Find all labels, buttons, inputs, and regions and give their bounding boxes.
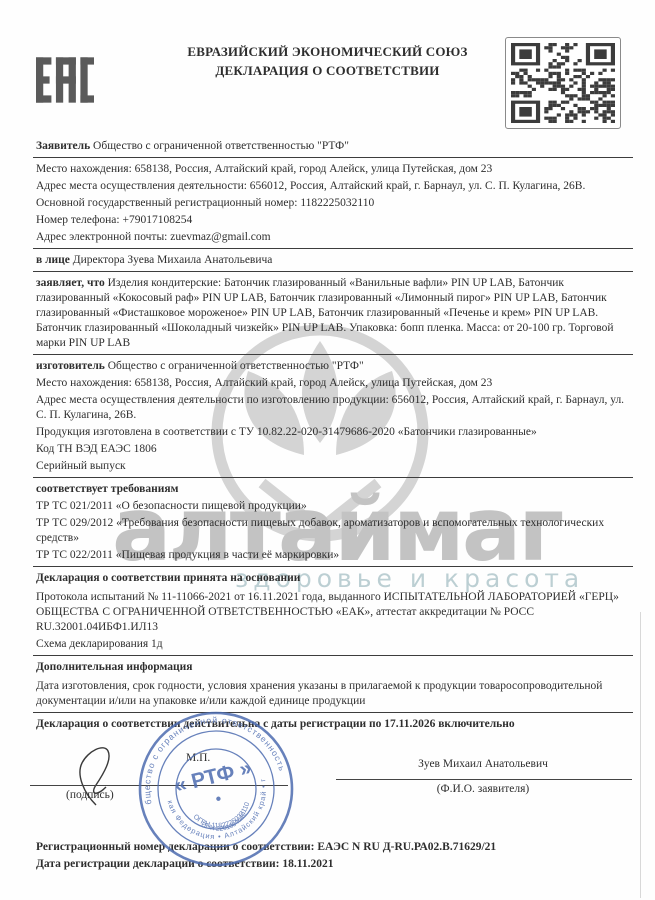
registration-date-row: Дата регистрации декларации о соответств… <box>36 856 630 873</box>
manufacturer-address: Место нахождения: 658138, Россия, Алтайс… <box>36 375 630 392</box>
fio-name: Зуев Михаил Анатольевич <box>336 757 630 772</box>
divider <box>33 566 633 567</box>
divider <box>33 477 633 478</box>
registration-date-value: 18.11.2021 <box>282 858 333 870</box>
signature-block: (подпись) М.П. Общество с ограниченной о… <box>36 743 630 839</box>
fio-line <box>336 779 632 780</box>
release-type: Серийный выпуск <box>36 458 630 475</box>
person-row: в лице Директора Зуева Михаила Анатольев… <box>36 252 630 269</box>
applicant-phone: Номер телефона: +79017108254 <box>36 212 630 229</box>
tu-row: Продукция изготовлена в соответствии с Т… <box>36 424 630 441</box>
divider <box>33 157 633 158</box>
divider <box>33 655 633 656</box>
declaration-document: алтаймаг здоровье и красота ЕВРАЗИЙСКИЙ … <box>0 0 655 900</box>
regulation-item: ТР ТС 022/2011 «Пищевая продукция в част… <box>36 547 630 564</box>
tnved-code: Код ТН ВЭД ЕАЭС 1806 <box>36 441 630 458</box>
regulation-item: ТР ТС 029/2012 «Требования безопасности … <box>36 515 630 547</box>
regulation-item: ТР ТС 021/2011 «О безопасности пищевой п… <box>36 498 630 515</box>
divider <box>33 271 633 272</box>
protocol-text: Протокола испытаний № 11-11066-2021 от 1… <box>36 587 630 636</box>
stamp-center-text: « РТФ » <box>172 756 254 797</box>
doc-type: ДЕКЛАРАЦИЯ О СООТВЕТСТВИИ <box>110 61 545 80</box>
document-title: ЕВРАЗИЙСКИЙ ЭКОНОМИЧЕСКИЙ СОЮЗ ДЕКЛАРАЦИ… <box>110 42 545 80</box>
additional-heading: Дополнительная информация <box>36 659 630 676</box>
registration-number-value: ЕАЭС N RU Д-RU.РА02.В.71629/21 <box>317 841 496 853</box>
divider <box>33 712 633 713</box>
divider <box>33 248 633 249</box>
declares-row: заявляет, что Изделия кондитерские: Бато… <box>36 275 630 352</box>
applicant-ogrn: Основной государственный регистрационный… <box>36 195 630 212</box>
manufacturer-name: Общество с ограниченной ответственностью… <box>108 360 364 372</box>
product-description: Изделия кондитерские: Батончик глазирова… <box>36 277 614 349</box>
scan-edge-artifact <box>640 612 641 898</box>
registration-number-row: Регистрационный номер декларации о соотв… <box>36 839 630 856</box>
additional-text: Дата изготовления, срок годности, услови… <box>36 676 630 710</box>
applicant-activity-address: Адрес места осуществления деятельности: … <box>36 178 630 195</box>
eac-logo-icon <box>36 55 94 105</box>
declares-label: заявляет, что <box>36 277 105 289</box>
signature-caption: (подпись) <box>66 788 114 803</box>
applicant-email: Адрес электронной почты: zuevmaz@gmail.c… <box>36 229 630 246</box>
manufacturer-row: изготовитель Общество с ограниченной отв… <box>36 358 630 375</box>
applicant-label: Заявитель <box>36 140 90 152</box>
applicant-name: Общество с ограниченной ответственностью… <box>93 140 349 152</box>
divider <box>33 354 633 355</box>
applicant-row: Заявитель Общество с ограниченной ответс… <box>36 138 630 155</box>
union-name: ЕВРАЗИЙСКИЙ ЭКОНОМИЧЕСКИЙ СОЮЗ <box>110 42 545 61</box>
scheme-row: Схема декларирования 1д <box>36 636 630 653</box>
manufacturer-label: изготовитель <box>36 360 105 372</box>
qr-code-icon <box>505 37 621 129</box>
basis-heading: Декларация о соответствии принята на осн… <box>36 570 630 587</box>
compliance-heading: соответствует требованиям <box>36 481 630 498</box>
fio-caption: (Ф.И.О. заявителя) <box>336 782 630 797</box>
document-body: Заявитель Общество с ограниченной ответс… <box>36 138 630 873</box>
applicant-address: Место нахождения: 658138, Россия, Алтайс… <box>36 161 630 178</box>
person-label: в лице <box>36 254 70 266</box>
person-name: Директора Зуева Михаила Анатольевича <box>73 254 273 266</box>
manufacturer-activity-address: Адрес места осуществления деятельности п… <box>36 392 630 424</box>
